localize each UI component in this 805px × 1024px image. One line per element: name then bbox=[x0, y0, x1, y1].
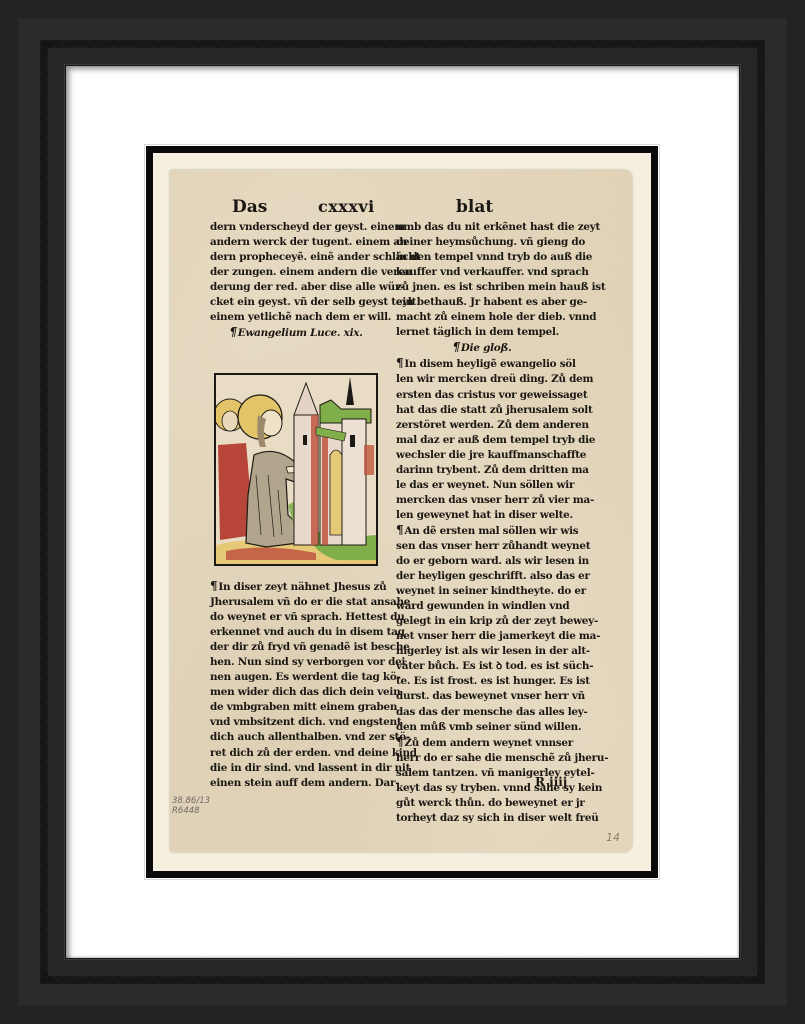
text-line: erkennet vnd auch du in disem tag bbox=[210, 625, 382, 640]
text-line: der zungen. einem andern die veren bbox=[210, 265, 382, 280]
text-line: le das er weynet. Nun söllen wir bbox=[396, 478, 568, 493]
text-line-paragraph-start: ¶In diser zeyt nähnet Jhesus zů bbox=[210, 579, 382, 595]
text-line: hen. Nun sind sy verborgen vor dei bbox=[210, 655, 382, 670]
text-line: te. Es ist frost. es ist hunger. Es ist bbox=[396, 674, 568, 689]
header-right: blat bbox=[456, 197, 493, 217]
text-line: hat das die statt zů jherusalem solt bbox=[396, 403, 568, 418]
text-line: torheyt daz sy sich in diser welt freü bbox=[396, 811, 568, 826]
rubric-text: Die gloß. bbox=[461, 342, 512, 354]
text-line: men wider dich das dich dein vein bbox=[210, 685, 382, 700]
pilcrow-icon: ¶ bbox=[210, 579, 217, 593]
text-line: nigerley ist als wir lesen in der alt- bbox=[396, 644, 568, 659]
woodcut-illustration bbox=[214, 373, 378, 566]
pilcrow-icon: ¶ bbox=[396, 523, 403, 537]
text-line: de vmbgraben mitt einem graben bbox=[210, 700, 382, 715]
incunabula-leaf: Das cxxxvi blat dern vnderscheyd der gey… bbox=[170, 170, 632, 852]
left-column-top: dern vnderscheyd der geyst. einem andern… bbox=[210, 220, 382, 341]
text-line: dern vnderscheyd der geyst. einem bbox=[210, 220, 382, 235]
text-line: dern propheceyẽ. einẽ ander schlächt bbox=[210, 250, 382, 265]
text-line: einen stein auff dem andern. Dar- bbox=[210, 776, 382, 791]
text-line: mal daz er auß dem tempel tryb die bbox=[396, 433, 568, 448]
text-line: deiner heymsůchung. vñ gieng do bbox=[396, 235, 568, 250]
signature-mark: R iiij bbox=[535, 775, 567, 789]
text-line: herr do er sahe die menschẽ zů jheru- bbox=[396, 751, 568, 766]
left-column-bottom: ¶In diser zeyt nähnet Jhesus zů Jherusal… bbox=[210, 579, 382, 791]
text-line: nen augen. Es werdent die tag kö- bbox=[210, 670, 382, 685]
text-line: der heyligen geschrifft. also das er bbox=[396, 569, 568, 584]
text-line: dich auch allenthalben. vnd zer stö- bbox=[210, 730, 382, 745]
text-line: einem yetlichẽ nach dem er will. bbox=[210, 310, 382, 325]
text-line-paragraph-start: ¶Zů dem andern weynet vnnser bbox=[396, 735, 568, 751]
text-line: net vnser herr die jamerkeyt die ma- bbox=[396, 629, 568, 644]
pilcrow-icon: ¶ bbox=[453, 340, 460, 354]
text-line: kauffer vnd verkauffer. vnd sprach bbox=[396, 265, 568, 280]
inventory-line: R6448 bbox=[172, 806, 210, 816]
text-line: ret dich zů der erden. vnd deine kind bbox=[210, 746, 382, 761]
text-line: das das der mensche das alles ley- bbox=[396, 705, 568, 720]
text-line-content: Zů dem andern weynet vnnser bbox=[404, 737, 573, 749]
right-column: umb das du nit erkẽnet hast die zeyt dei… bbox=[396, 220, 568, 826]
text-line: weynet in seiner kindtheyte. do er bbox=[396, 584, 568, 599]
text-line: gůt werck thůn. do beweynet er jr bbox=[396, 796, 568, 811]
text-line: väter bůch. Es ist ꝺ tod. es ist süch- bbox=[396, 659, 568, 674]
text-line: umb das du nit erkẽnet hast die zeyt bbox=[396, 220, 568, 235]
inventory-line: 38.86/13 bbox=[172, 796, 210, 806]
running-header: Das cxxxvi blat bbox=[170, 197, 632, 219]
text-line: do weynet er vñ sprach. Hettest du bbox=[210, 610, 382, 625]
text-line: durst. das beweynet vnser herr vñ bbox=[396, 689, 568, 704]
text-line: len geweynet hat in diser welte. bbox=[396, 508, 568, 523]
text-line: gelegt in ein krip zů der zeyt bewey- bbox=[396, 614, 568, 629]
text-line: in den tempel vnnd tryb do auß die bbox=[396, 250, 568, 265]
text-line-paragraph-start: ¶An dẽ ersten mal söllen wir wis bbox=[396, 523, 568, 539]
text-line: die in dir sind. vnd lassent in dir nit bbox=[210, 761, 382, 776]
text-line: zů jnen. es ist schriben mein hauß ist bbox=[396, 280, 568, 295]
text-line-content: In disem heyligẽ ewangelio söl bbox=[404, 358, 575, 370]
text-line: der dir zů fryd vñ genadẽ ist besche bbox=[210, 640, 382, 655]
pilcrow-icon: ¶ bbox=[396, 356, 403, 370]
text-line: cket ein geyst. vñ der selb geyst teylt bbox=[210, 295, 382, 310]
text-line: mercken das vnser herr zů vier ma- bbox=[396, 493, 568, 508]
folio-number: cxxxvi bbox=[318, 197, 375, 216]
text-line: andern werck der tugent. einem an bbox=[210, 235, 382, 250]
woodcut-christ-weeping-icon bbox=[216, 375, 376, 564]
pencil-page-number: 14 bbox=[606, 831, 620, 844]
text-line: len wir mercken dreü ding. Zů dem bbox=[396, 372, 568, 387]
text-line: lernet täglich in dem tempel. bbox=[396, 325, 568, 340]
inventory-number: 38.86/13 R6448 bbox=[172, 796, 210, 816]
rubric-text: Ewangelium Luce. xix. bbox=[238, 327, 363, 339]
text-line-paragraph-start: ¶In disem heyligẽ ewangelio söl bbox=[396, 356, 568, 372]
pilcrow-icon: ¶ bbox=[396, 735, 403, 749]
header-left: Das bbox=[232, 197, 267, 217]
text-line: vnd vmbsitzent dich. vnd engstent bbox=[210, 715, 382, 730]
rubric-gospel-heading: ¶Ewangelium Luce. xix. bbox=[210, 325, 382, 341]
text-line: derung der red. aber dise alle wür- bbox=[210, 280, 382, 295]
text-line: ein bethauß. Jr habent es aber ge- bbox=[396, 295, 568, 310]
text-line-content: An dẽ ersten mal söllen wir wis bbox=[404, 525, 578, 537]
text-line: den můß vmb seiner sünd willen. bbox=[396, 720, 568, 735]
text-line: darinn trybent. Zů dem dritten ma bbox=[396, 463, 568, 478]
text-line: ersten das cristus vor geweissaget bbox=[396, 388, 568, 403]
text-line: wechsler die jre kauffmanschaffte bbox=[396, 448, 568, 463]
text-line: zerstöret werden. Zů dem anderen bbox=[396, 418, 568, 433]
rubric-gloss-heading: ¶Die gloß. bbox=[396, 340, 568, 356]
text-line: Jherusalem vñ do er die stat ansahe bbox=[210, 595, 382, 610]
text-line: do er geborn ward. als wir lesen in bbox=[396, 554, 568, 569]
text-line: macht zů einem hole der dieb. vnnd bbox=[396, 310, 568, 325]
pilcrow-icon: ¶ bbox=[229, 325, 236, 339]
text-line: ward gewunden in windlen vnd bbox=[396, 599, 568, 614]
text-line: sen das vnser herr zůhandt weynet bbox=[396, 539, 568, 554]
text-line-content: In diser zeyt nähnet Jhesus zů bbox=[218, 581, 386, 593]
